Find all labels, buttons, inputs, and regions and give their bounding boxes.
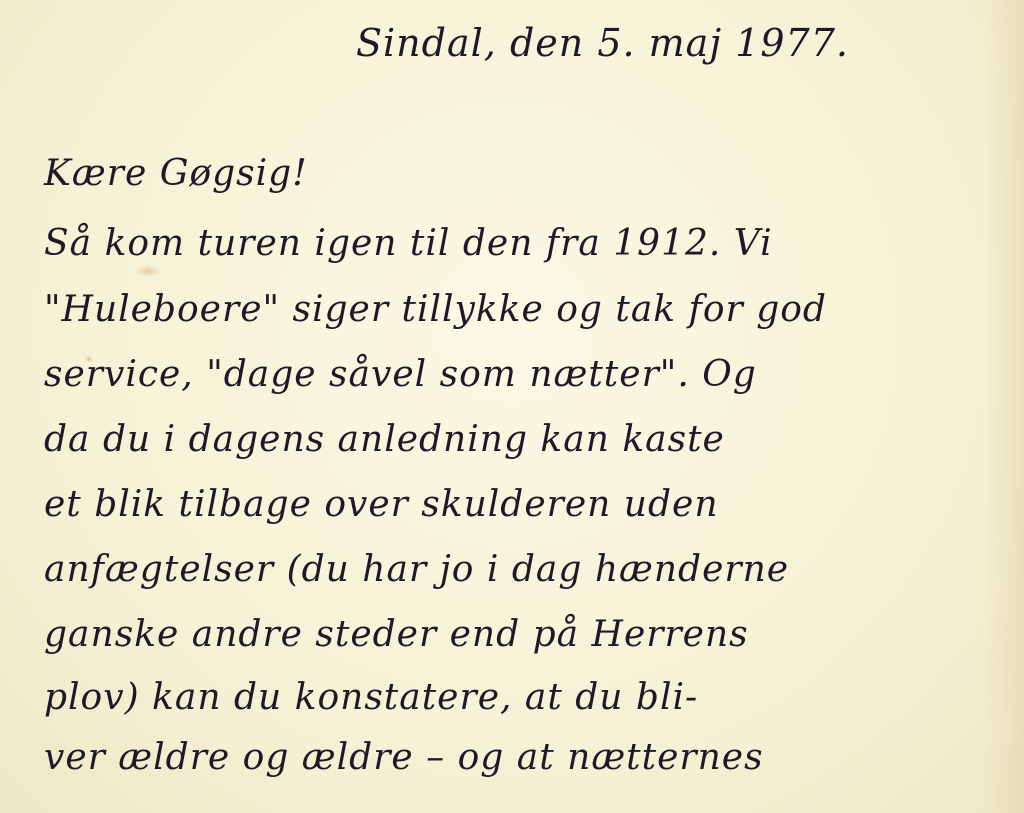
letter-line: ganske andre steder end på Herrens: [44, 617, 749, 653]
letter-line: Så kom turen igen til den fra 1912. Vi: [44, 226, 773, 262]
letter-line: "Huleboere" siger tillykke og tak for go…: [44, 292, 827, 328]
letter-line: service, "dage såvel som nætter". Og: [44, 357, 757, 393]
letter-line: plov) kan du konstatere, at du bli-: [44, 680, 698, 716]
letter-line: ver ældre og ældre – og at nætternes: [44, 740, 764, 776]
letter-salutation: Kære Gøgsig!: [44, 156, 308, 192]
paper-stain: [135, 265, 161, 277]
letter-line: da du i dagens anledning kan kaste: [44, 422, 725, 458]
letter-line: anfægtelser (du har jo i dag hænderne: [44, 552, 789, 588]
letter-line: et blik tilbage over skulderen uden: [44, 487, 719, 523]
letter-place-date: Sindal, den 5. maj 1977.: [356, 24, 849, 62]
letter-page: Sindal, den 5. maj 1977. Kære Gøgsig! Så…: [0, 0, 1024, 813]
